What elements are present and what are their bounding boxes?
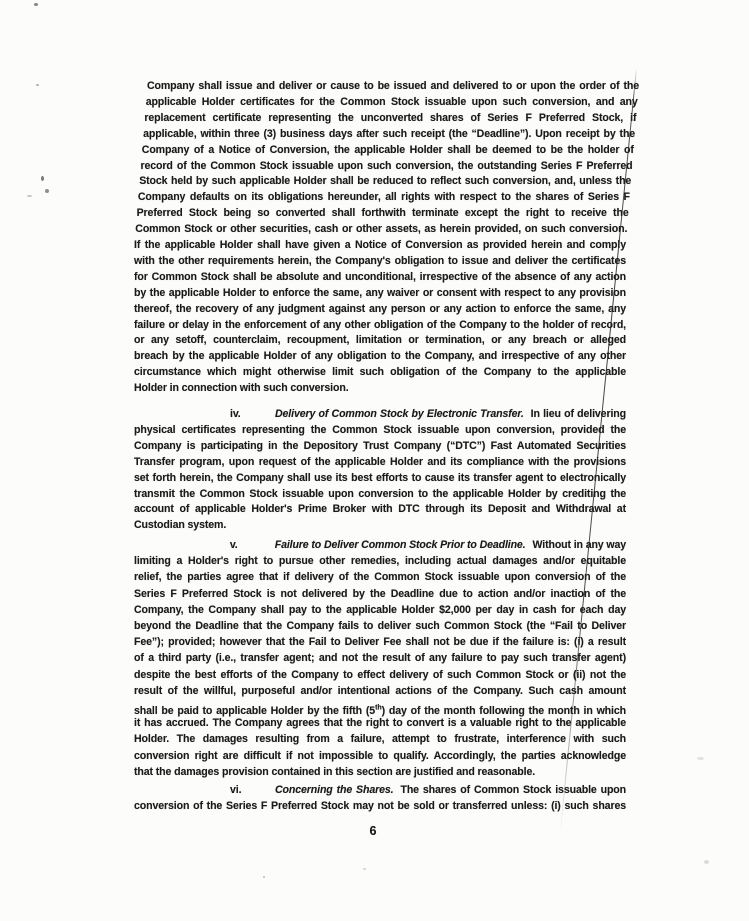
- page-number: 6: [134, 824, 612, 838]
- text-line: or any setoff, counterclaim, recoupment,…: [134, 334, 626, 347]
- text-line: conversion right are difficult if not im…: [134, 750, 626, 763]
- scan-speck: [704, 860, 709, 864]
- text-line: Preferred Stock being so converted shall…: [137, 207, 629, 220]
- text-line: that the damages provision contained in …: [134, 766, 626, 779]
- text-line: Company is participating in the Deposito…: [134, 440, 626, 453]
- text-line: despite the best efforts of the Company …: [134, 669, 626, 682]
- text-line: Custodian system.: [134, 519, 626, 532]
- text-line: failure or delay in the enforcement of a…: [134, 319, 626, 332]
- text-line: Holder in connection with such conversio…: [134, 382, 626, 395]
- text-line: Transfer program, upon request of the ap…: [134, 456, 626, 469]
- text-line: replacement certificate representing the…: [144, 112, 636, 125]
- text-line: iv.Delivery of Common Stock by Electroni…: [134, 408, 626, 421]
- scan-speck: [697, 757, 704, 760]
- text-line: thereof, the recovery of any judgment ag…: [134, 303, 626, 316]
- document-text-block: Company shall issue and deliver or cause…: [0, 0, 749, 921]
- text-line: conversion of the Series F Preferred Sto…: [134, 800, 626, 813]
- text-line: shall be paid to applicable Holder by th…: [134, 701, 626, 718]
- text-line: Company shall issue and deliver or cause…: [147, 80, 639, 93]
- text-line: with the other requirements herein, the …: [134, 255, 626, 268]
- text-line: set forth herein, the Company shall use …: [134, 472, 626, 485]
- text-line: relief, the parties agree that if delive…: [134, 571, 626, 584]
- text-line: of a third party (i.e., transfer agent; …: [134, 652, 626, 665]
- text-line: v.Failure to Deliver Common Stock Prior …: [134, 539, 625, 552]
- text-line: If the applicable Holder shall have give…: [134, 239, 626, 252]
- document-page: Company shall issue and deliver or cause…: [0, 0, 749, 921]
- text-line: applicable, within three (3) business da…: [143, 128, 635, 141]
- text-line: limiting a Holder's right to pursue othe…: [134, 555, 626, 568]
- text-line: Series F Preferred Stock is not delivere…: [134, 588, 626, 601]
- text-line: for Common Stock shall be absolute and u…: [134, 271, 626, 284]
- text-line: record of the Common Stock issuable upon…: [141, 160, 633, 173]
- text-line: physical certificates representing the C…: [134, 424, 626, 437]
- text-line: Company defaults on its obligations here…: [138, 191, 630, 204]
- scan-speck: [36, 84, 39, 86]
- text-line: transmit the Common Stock issuable upon …: [134, 488, 626, 501]
- scan-speck: [633, 119, 635, 121]
- scan-speck: [45, 189, 49, 193]
- text-line: account of applicable Holder's Prime Bro…: [134, 503, 626, 516]
- text-line: it has accrued. The Company agrees that …: [134, 717, 626, 730]
- text-line: Stock held by such applicable Holder sha…: [139, 175, 631, 188]
- text-line: applicable Holder certificates for the C…: [146, 96, 638, 109]
- text-line: vi.Concerning the Shares.The shares of C…: [134, 784, 626, 797]
- scan-speck: [34, 3, 38, 6]
- text-line: beyond the Deadline that the Company fai…: [134, 620, 626, 633]
- text-line: circumstance which might otherwise limit…: [134, 366, 626, 379]
- text-line: by the applicable Holder to enforce the …: [134, 287, 626, 300]
- text-line: Fee”); provided; however that the Fail t…: [134, 636, 626, 649]
- text-line: Holder. The damages resulting from a fai…: [134, 733, 626, 746]
- text-line: breach by the applicable Holder of any o…: [134, 350, 626, 363]
- scan-speck: [41, 176, 44, 181]
- scan-speck: [27, 195, 32, 197]
- scan-speck: [363, 868, 366, 870]
- scan-speck: [263, 876, 265, 878]
- text-line: Common Stock or other securities, cash o…: [135, 223, 627, 236]
- text-line: Company, the Company shall pay to the ap…: [134, 604, 626, 617]
- text-line: Company of a Notice of Conversion, the a…: [142, 144, 634, 157]
- text-line: result of the willful, purposeful and/or…: [134, 685, 626, 698]
